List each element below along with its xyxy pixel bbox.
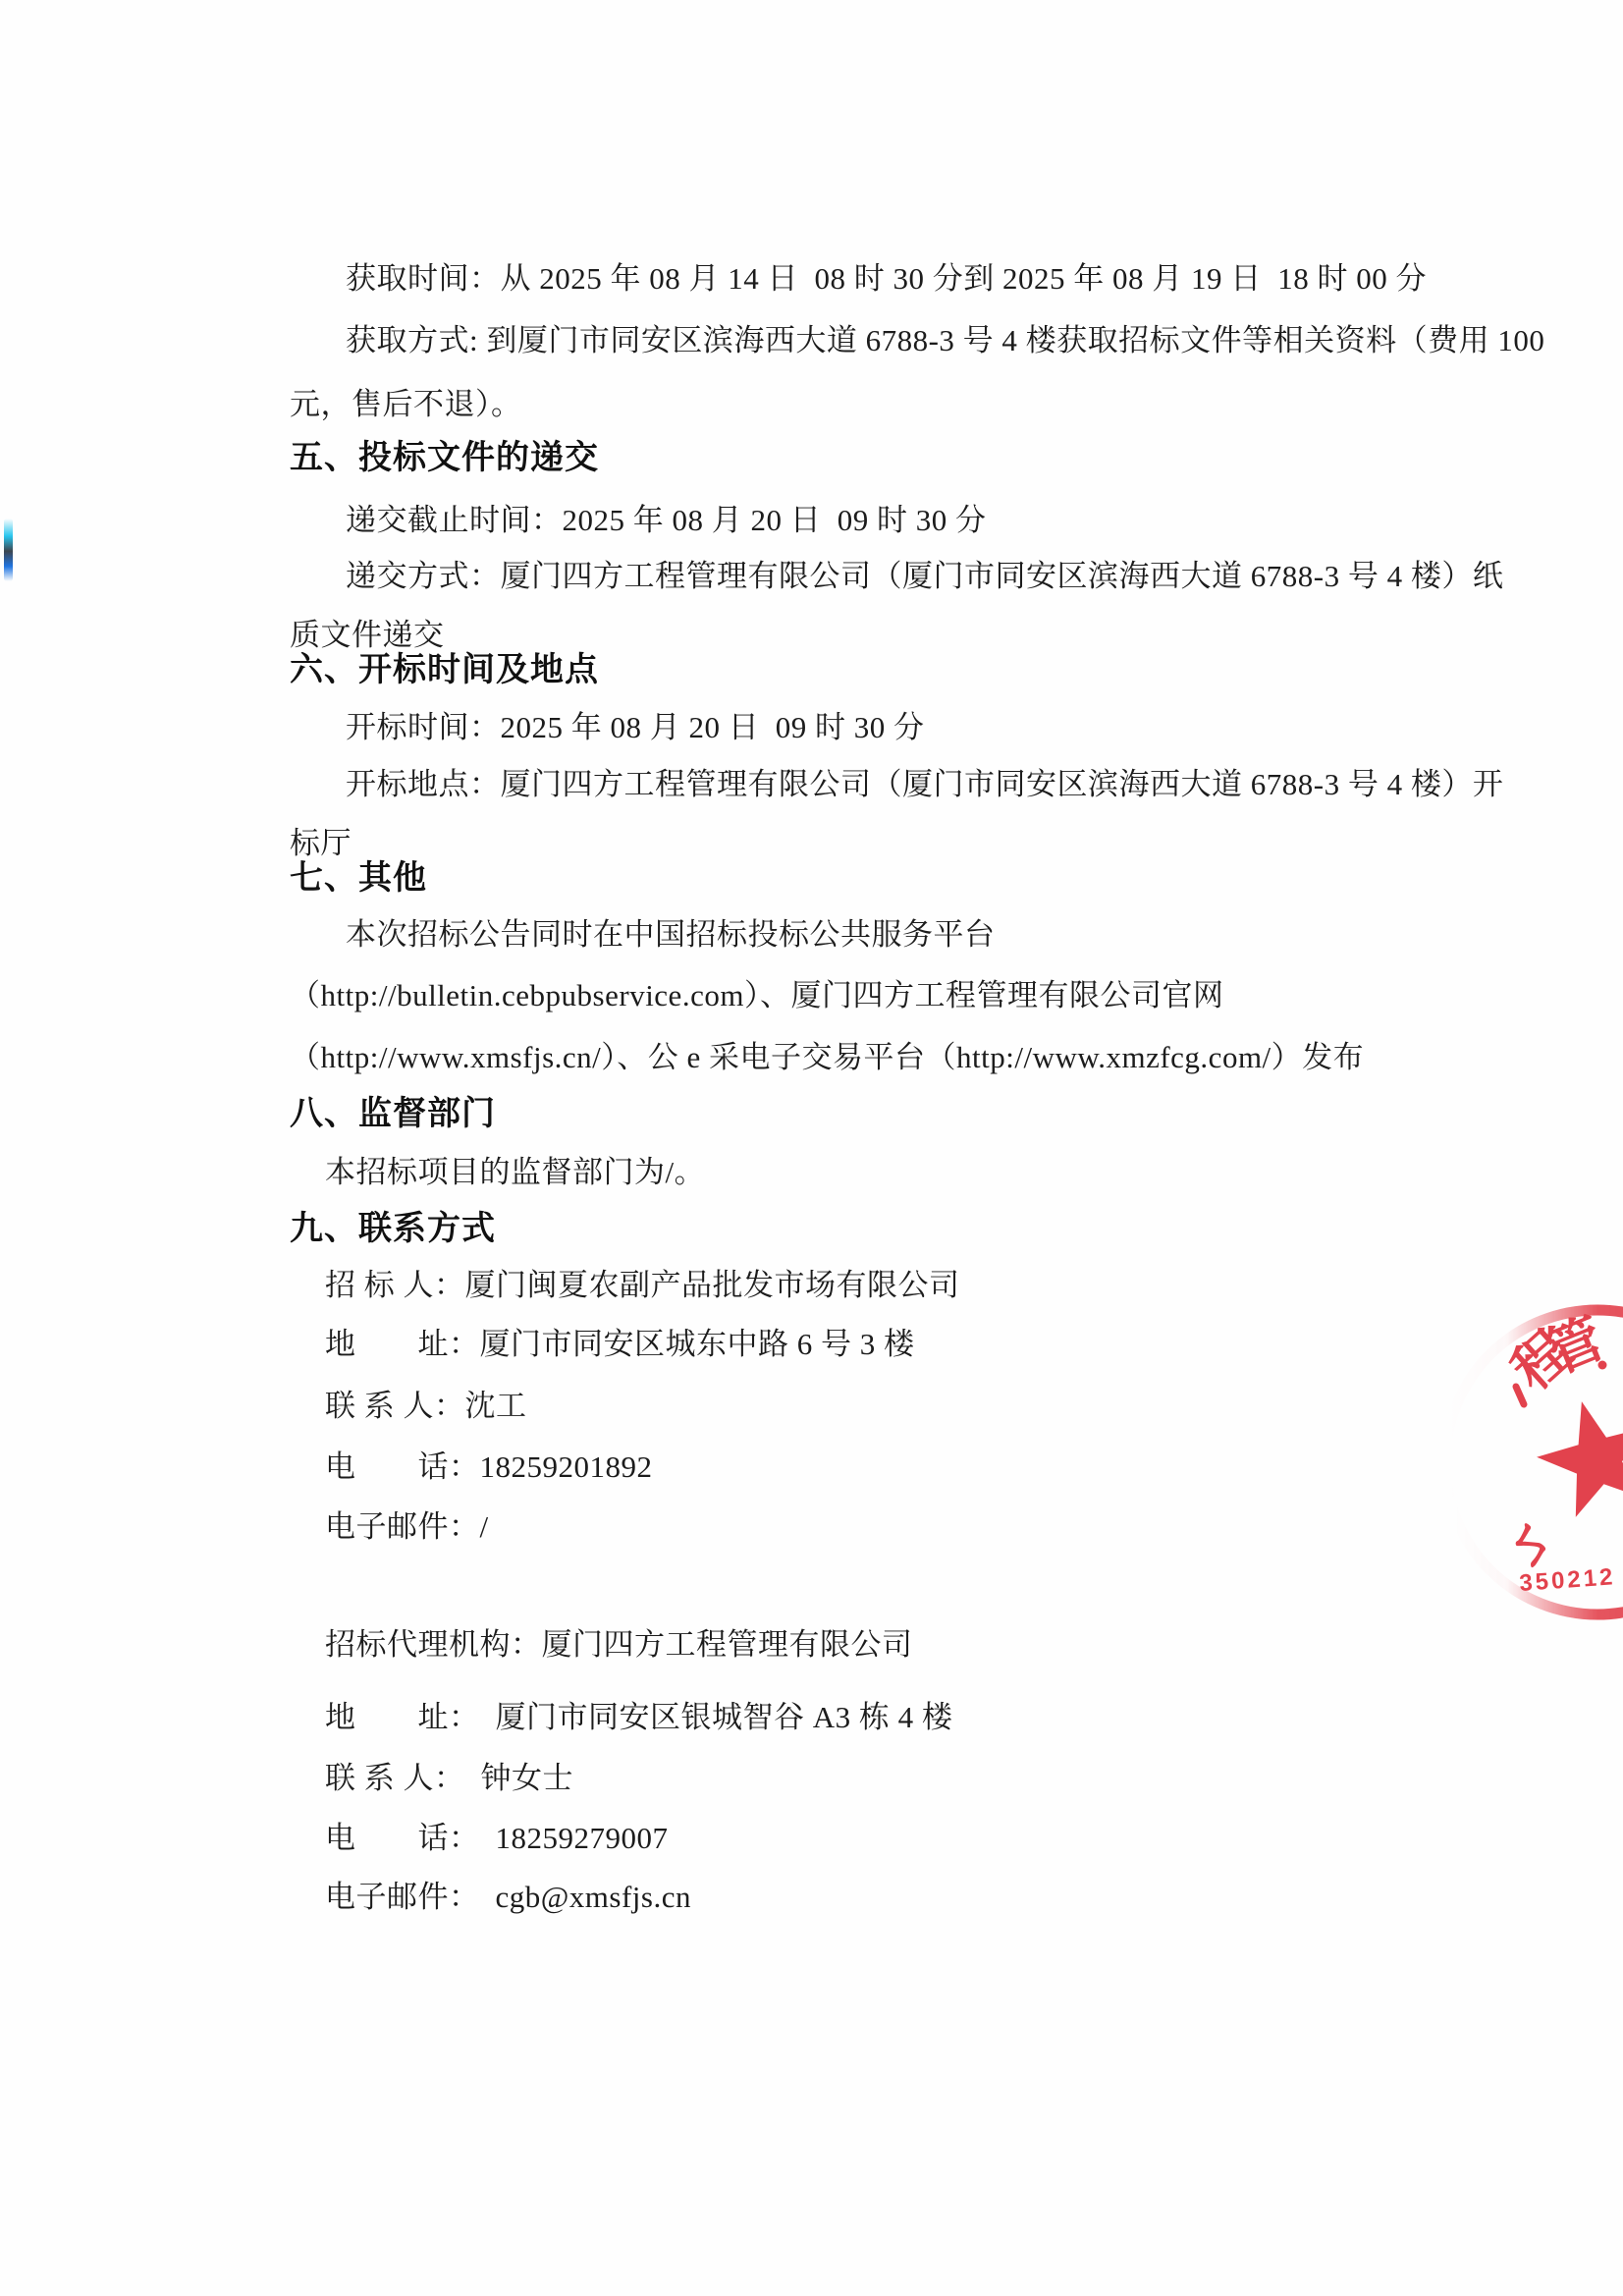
line-tenderer-phone: 电 话：18259201892 (325, 1449, 653, 1486)
section-heading-9: 九、联系方式 (290, 1210, 496, 1247)
line-agency-address: 地 址： 厦门市同安区银城智谷 A3 栋 4 楼 (325, 1699, 952, 1736)
seal-star-icon (1537, 1401, 1623, 1517)
line-acquire-method: 获取方式: 到厦门市同安区滨海西大道 6788-3 号 4 楼获取招标文件等相关… (346, 322, 1544, 359)
seal-ink-tick (1516, 1387, 1524, 1404)
line-supervision-dept: 本招标项目的监督部门为/。 (325, 1154, 705, 1191)
line-opening-place-cont: 标厅 (290, 825, 352, 862)
company-seal-svg: 程 管 ㄣ 350212 (1414, 1277, 1623, 1650)
line-tenderer-email: 电子邮件：/ (325, 1508, 489, 1546)
seal-ink-dot (1598, 1361, 1607, 1370)
line-other-platforms: 本次招标公告同时在中国招标投标公共服务平台 (346, 916, 996, 954)
line-submit-method: 递交方式：厦门四方工程管理有限公司（厦门市同安区滨海西大道 6788-3 号 4… (346, 558, 1503, 595)
seal-serial-number: 350212 (1519, 1563, 1617, 1597)
line-agency-name: 招标代理机构：厦门四方工程管理有限公司 (325, 1626, 913, 1664)
scanned-document-page: 获取时间：从 2025 年 08 月 14 日 08 时 30 分到 2025 … (0, 0, 1623, 2296)
section-heading-8: 八、监督部门 (290, 1095, 496, 1132)
line-agency-email: 电子邮件： cgb@xmsfjs.cn (325, 1879, 691, 1916)
line-tenderer-contact: 联 系 人：沈工 (325, 1388, 527, 1425)
seal-ring-char-partial: ㄣ (1497, 1506, 1566, 1581)
line-submit-method-cont: 质文件递交 (290, 617, 445, 654)
line-acquire-method-cont: 元，售后不退）。 (290, 386, 522, 423)
line-agency-phone: 电 话： 18259279007 (325, 1820, 669, 1857)
line-url-xmsfjs: （http://www.xmsfjs.cn/）、公 e 采电子交易平台（http… (290, 1039, 1364, 1076)
section-heading-6: 六、开标时间及地点 (290, 651, 599, 688)
line-agency-contact: 联 系 人： 钟女士 (325, 1760, 573, 1797)
line-opening-time: 开标时间：2025 年 08 月 20 日 09 时 30 分 (346, 709, 925, 746)
line-submit-deadline: 递交截止时间：2025 年 08 月 20 日 09 时 30 分 (346, 502, 987, 539)
section-heading-7: 七、其他 (290, 859, 427, 897)
seal-ring-char-cheng: 程 (1500, 1319, 1583, 1401)
section-heading-5: 五、投标文件的递交 (290, 439, 599, 476)
line-tenderer-name: 招 标 人：厦门闽夏农副产品批发市场有限公司 (325, 1267, 960, 1304)
seal-ring-char-guan: 管 (1538, 1306, 1612, 1384)
scan-artifact-strip (4, 519, 13, 581)
line-acquire-time: 获取时间：从 2025 年 08 月 14 日 08 时 30 分到 2025 … (346, 260, 1427, 298)
seal-ring (1445, 1310, 1623, 1614)
line-url-cebpubservice: （http://bulletin.cebpubservice.com）、厦门四方… (290, 977, 1223, 1014)
line-tenderer-address: 地 址：厦门市同安区城东中路 6 号 3 楼 (325, 1326, 915, 1363)
line-opening-place: 开标地点：厦门四方工程管理有限公司（厦门市同安区滨海西大道 6788-3 号 4… (346, 766, 1503, 803)
company-seal-stamp: 程 管 ㄣ 350212 (1414, 1277, 1623, 1650)
